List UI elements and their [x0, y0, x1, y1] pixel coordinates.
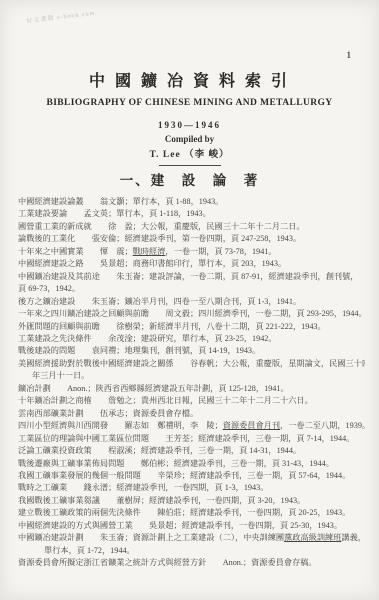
entry-line: 十年鑛冶計劃之商榷 詹勉之；貴州西北日報，民國三十二年十二月二十六日。: [18, 395, 365, 407]
entry-line: 中國經濟建設論叢 翁文灝；單行本，頁 1-88，1943。: [18, 196, 365, 208]
scanned-page: 好文書籍 e-book.com 1 中 國 鑛 冶 資 料 索 引 BIBLIO…: [0, 0, 379, 600]
divider-rule: [159, 165, 221, 166]
compiled-by-label: Compiled by: [0, 134, 379, 144]
entry-line: 戰後遷廠與工礦事業佈局問題 鄭伯彬；經濟建設季刊，三卷一期，頁 31-43，19…: [18, 458, 365, 470]
title-block: 中 國 鑛 冶 資 料 索 引 BIBLIOGRAPHY OF CHINESE …: [0, 0, 379, 189]
entry-line: 論戰後的工業化 張安倫；經濟建設季刊，第一卷四期，頁 247-258，1943。: [18, 233, 365, 245]
entry-line: 工業建設要論 孟文英；單行本，頁 1-118，1943。: [18, 208, 365, 220]
entry-line: 資源委員會所擬定浙江省鑛業之統計方式與經營方針 Anon.；資源委員會存稿。: [18, 557, 365, 569]
entry-line: 十年來之中國實業 惲 震；戰時經濟，一卷一期，頁 73-78，1941。: [18, 246, 365, 258]
entries-list: 中國經濟建設論叢 翁文灝；單行本，頁 1-88，1943。工業建設要論 孟文英；…: [0, 196, 379, 570]
entry-line: 外匯問題的回顧與前瞻 徐樹榮；新經濟半月刊，八卷十二期，頁 221-222，19…: [18, 321, 365, 333]
entry-line: 中國經濟建設之路 吳景超；商務印書館印行，單行本，頁 203，1943。: [18, 258, 365, 270]
entry-line: 國營重工業的新成就 徐 盈；大公報，重慶版，民國三十二年十二月二日。: [18, 221, 365, 233]
entry-line: 工業建設之先決條件 余茂淦；建設研究，單行本，頁 23-25，1942。: [18, 333, 365, 345]
entry-line: 中國鑛冶建設及其前途 朱玉崙；建設評論，一卷二期，頁 87-91，經濟建設季刊，…: [18, 271, 365, 283]
entry-line: 頁 69-73，1942。: [18, 283, 365, 295]
entry-line: 工業區位的理論與中國工業區位問題 王芳荃；經濟建設季刊，三卷一期，頁 7-14，…: [18, 433, 365, 445]
entry-line: 我國工礦事業發展的幾個一般問題 辛榮珍；經濟建設季刊，三卷一期，頁 57-64，…: [18, 470, 365, 482]
page-number: 1: [347, 50, 352, 60]
entry-line: 戰後建設的問題 袁同禮；地理集刊，創刊號，頁 14-19，1943。: [18, 345, 365, 357]
entry-line: 中國經濟建設的方式與國營工業 吳景超；經濟建設季刊，一卷四期，頁 25-30，1…: [18, 520, 365, 532]
entry-line: 中國鑛冶建設計劃 朱玉崙；資源計劃上之工業建設（二），中央訓練團黨政高級訓練班講…: [18, 532, 365, 544]
title-chinese: 中 國 鑛 冶 資 料 索 引: [0, 68, 379, 91]
entry-line: 泛論工礦業投資政策 程淑溪；經濟建設季刊，三卷一期，頁 14-31，1944。: [18, 445, 365, 457]
entry-line: 我國戰後工礦事業芻議 董樹屏；經濟建設季刊，一卷四期，頁 3-20，1943。: [18, 495, 365, 507]
entry-line: 戰時之工礦業 錢永潽；經濟建設季刊，一卷四期，頁 1-3，1943。: [18, 482, 365, 494]
entry-line: 雲南西部礦業計劃 伍承志；資源委員會存檔。: [18, 408, 365, 420]
entry-line: 鑛冶計劃 Anon.；陝西省西鄉縣經濟建設五年計劃，頁 125-128，1941…: [18, 383, 365, 395]
year-range: 1930—1946: [0, 120, 379, 130]
title-english: BIBLIOGRAPHY OF CHINESE MINING AND METAL…: [0, 98, 379, 108]
entry-line: 四川小型經濟與川西開發 羅志如 鄭禮明，李 陵；資源委員會月刊，一卷二至八期，1…: [18, 420, 365, 432]
entry-line: 一年來之四川鑛冶建設之回顧與前瞻 周文毅；四川經濟季刊，一卷二期，頁 293-2…: [18, 308, 365, 320]
entry-line: 建立戰後工礦政策的兩個先決條件 陳伯莊；經濟建設季刊，一卷四期，頁 20-25，…: [18, 507, 365, 519]
compiler-name: T. Lee （李 峻）: [0, 146, 379, 160]
entry-line: 年三月十一日。: [18, 370, 365, 382]
section-heading: 一、建 設 論 著: [0, 169, 379, 189]
entry-line: 單行本，頁 1-72，1944。: [18, 545, 365, 557]
entry-line: 美國經濟援助對於戰後中國經濟建設之關係 谷春帆；大公報，重慶版，星期論文，民國三…: [18, 358, 365, 370]
entry-line: 後方之鑛冶建設 朱玉崙；鑛冶半月刊，四卷一至八期合刊，頁 1-3，1941。: [18, 296, 365, 308]
